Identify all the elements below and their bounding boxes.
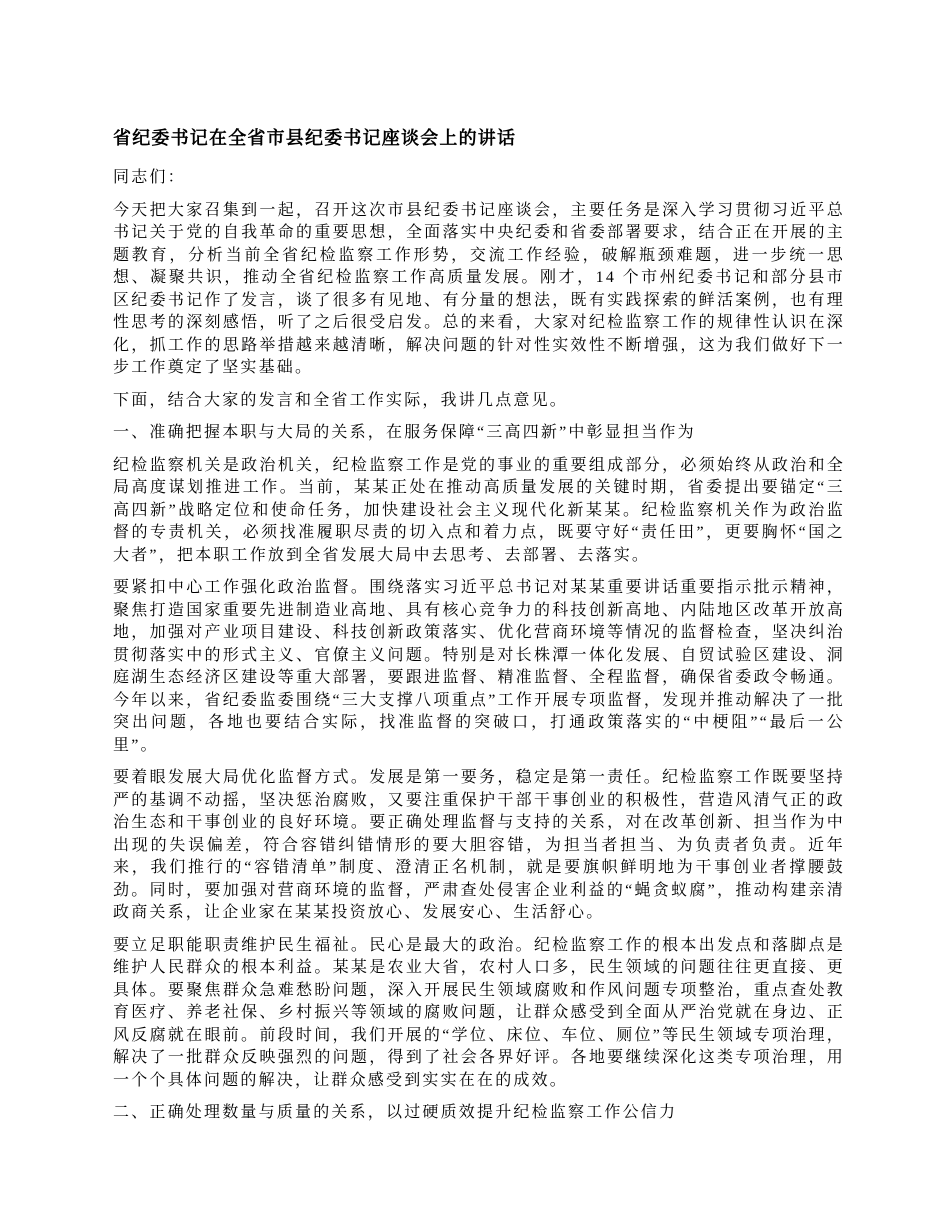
section-heading-1: 一、准确把握本职与大局的关系，在服务保障“三高四新”中彰显担当作为 — [113, 422, 845, 445]
paragraph-livelihood: 要立足职能职责维护民生福祉。民心是最大的政治。纪检监察工作的根本出发点和落脚点是… — [113, 935, 845, 1093]
salutation: 同志们： — [113, 167, 845, 190]
paragraph-opening: 今天把大家召集到一起，召开这次市县纪委书记座谈会，主要任务是深入学习贯彻习近平总… — [113, 200, 845, 380]
paragraph-political-supervision: 要紧扣中心工作强化政治监督。围绕落实习近平总书记对某某重要讲话重要指示批示精神，… — [113, 577, 845, 757]
paragraph-political-organ: 纪检监察机关是政治机关，纪检监察工作是党的事业的重要组成部分，必须始终从政治和全… — [113, 455, 845, 568]
document-title: 省纪委书记在全省市县纪委书记座谈会上的讲话 — [113, 126, 845, 150]
document-page: 省纪委书记在全省市县纪委书记座谈会上的讲话 同志们： 今天把大家召集到一起，召开… — [0, 0, 950, 1230]
paragraph-supervision-methods: 要着眼发展大局优化监督方式。发展是第一要务，稳定是第一责任。纪检监察工作既要坚持… — [113, 767, 845, 925]
paragraph-transition: 下面，结合大家的发言和全省工作实际，我讲几点意见。 — [113, 390, 845, 413]
section-heading-2: 二、正确处理数量与质量的关系，以过硬质效提升纪检监察工作公信力 — [113, 1102, 845, 1125]
